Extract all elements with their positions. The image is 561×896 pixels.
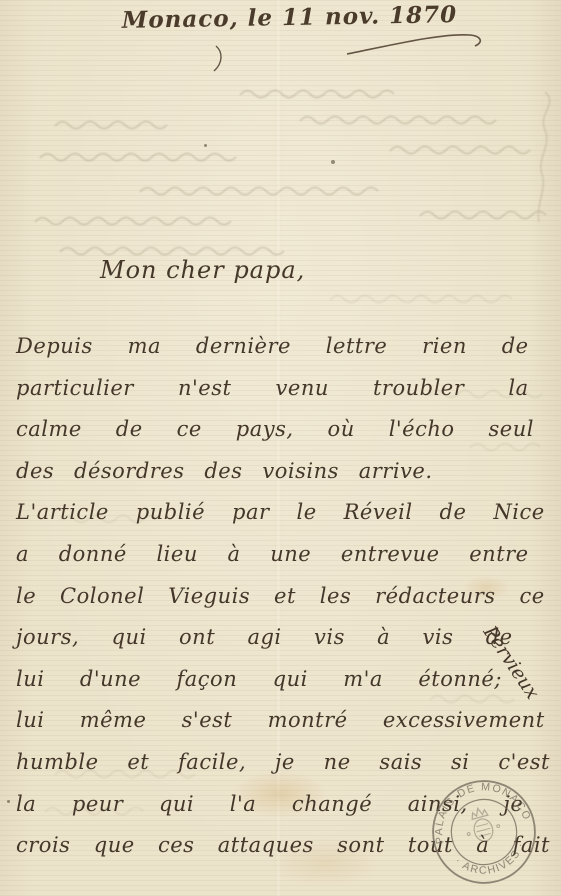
- ink-speck: [204, 144, 207, 147]
- salutation: Mon cher papa,: [100, 256, 305, 284]
- stamp-crest-icon: [462, 804, 503, 845]
- body-line: lui même s'est montré excessivement: [16, 700, 545, 742]
- body-line: Depuis ma dernière lettre rien de: [16, 326, 529, 368]
- dateline: Monaco, le 11 nov. 1870: [92, 1, 487, 35]
- body-line: lui d'une façon qui m'a étonné;: [16, 659, 502, 701]
- body-line: le Colonel Vieguis et les rédacteurs ce: [16, 576, 545, 618]
- body-line: des désordres des voisins arrive.: [16, 451, 433, 493]
- ink-speck: [331, 160, 335, 164]
- body-line: jours, qui ont agi vis à vis de: [16, 617, 513, 659]
- body-line: particulier n'est venu troubler la: [16, 368, 529, 410]
- body-line: calme de ce pays, où l'écho seul: [16, 409, 534, 451]
- body-line: a donné lieu à une entrevue entre: [16, 534, 529, 576]
- scanned-letter-page: Monaco, le 11 nov. 1870 Mon cher papa, D…: [0, 0, 561, 896]
- ink-speck: [7, 800, 10, 803]
- body-line: L'article publié par le Réveil de Nice: [16, 492, 545, 534]
